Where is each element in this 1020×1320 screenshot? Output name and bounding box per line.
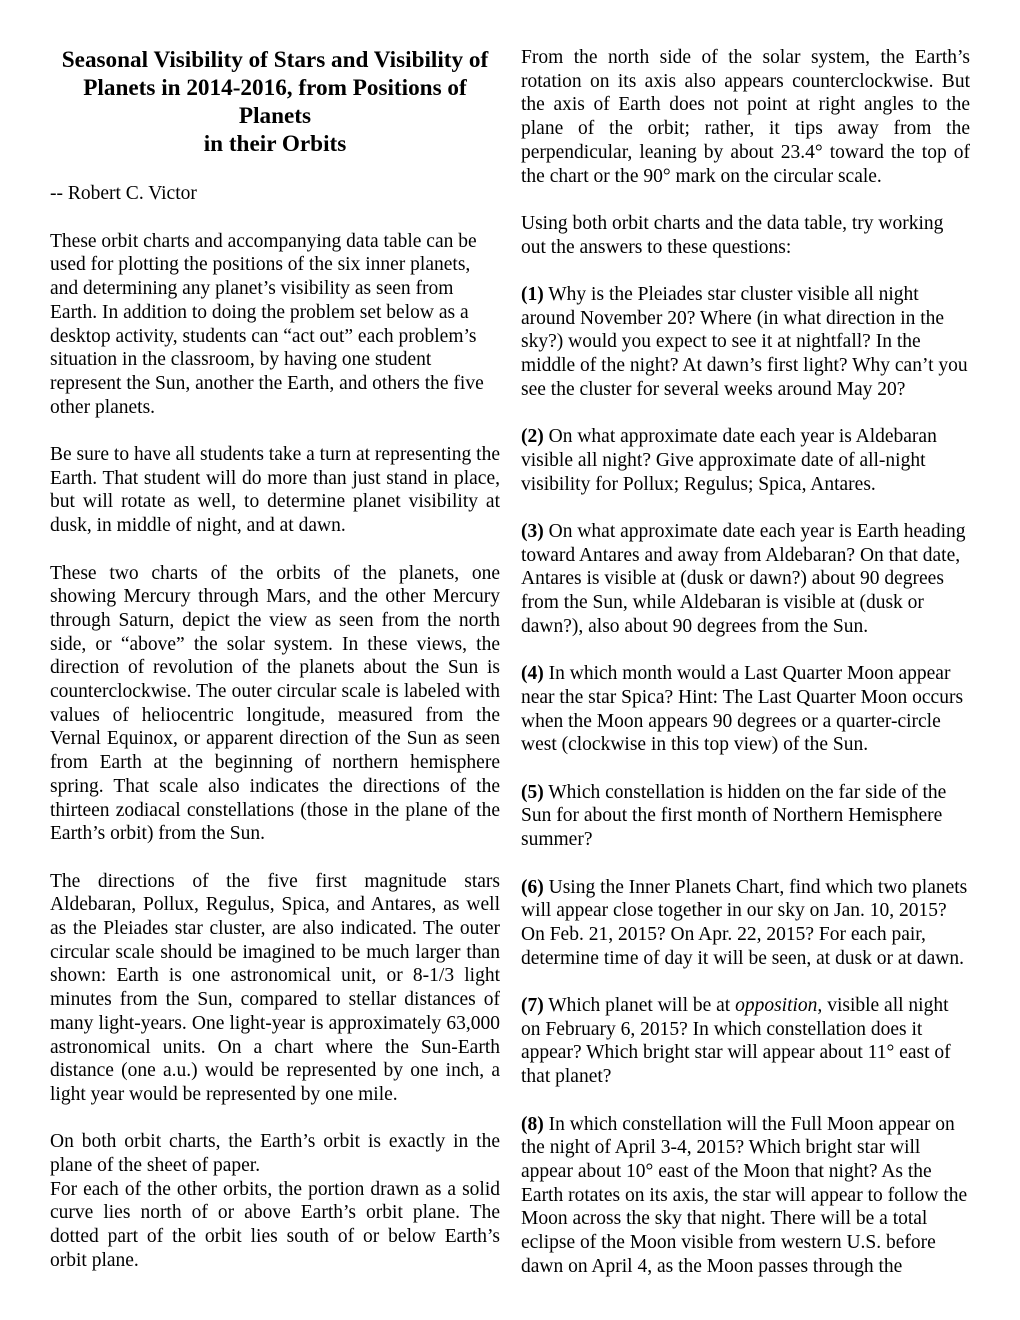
question-4-text: In which month would a Last Quarter Moon… <box>521 663 963 755</box>
question-5-text: Which constellation is hidden on the far… <box>521 782 946 850</box>
question-4-number: (4) <box>521 663 544 684</box>
body-paragraph-charts: These two charts of the orbits of the pl… <box>50 562 500 846</box>
question-8: (8) In which constellation will the Full… <box>521 1113 970 1279</box>
question-3-number: (3) <box>521 521 544 542</box>
right-column: From the north side of the solar system,… <box>521 46 970 1320</box>
question-3-text: On what approximate date each year is Ea… <box>521 521 966 637</box>
question-2-number: (2) <box>521 426 544 447</box>
body-paragraph-orbit-plane: On both orbit charts, the Earth’s orbit … <box>50 1130 500 1177</box>
byline: -- Robert C. Victor <box>50 182 500 206</box>
question-7-italic-word: opposition, <box>735 995 822 1016</box>
questions-lead-in: Using both orbit charts and the data tab… <box>521 212 970 259</box>
question-1-number: (1) <box>521 284 544 305</box>
body-paragraph-intro: These orbit charts and accompanying data… <box>50 230 500 420</box>
question-6: (6) Using the Inner Planets Chart, find … <box>521 876 970 971</box>
body-paragraph-stars: The directions of the five first magnitu… <box>50 870 500 1107</box>
question-1-text: Why is the Pleiades star cluster visible… <box>521 284 968 400</box>
page-title-line-3: in their Orbits <box>50 130 500 158</box>
body-paragraph-students: Be sure to have all students take a turn… <box>50 443 500 538</box>
question-6-number: (6) <box>521 877 544 898</box>
question-2-text: On what approximate date each year is Al… <box>521 426 937 494</box>
question-6-text: Using the Inner Planets Chart, find whic… <box>521 877 967 969</box>
question-7: (7) Which planet will be at opposition, … <box>521 994 970 1089</box>
question-7-number: (7) <box>521 995 544 1016</box>
question-1: (1) Why is the Pleiades star cluster vis… <box>521 283 970 402</box>
left-column: Seasonal Visibility of Stars and Visibil… <box>50 46 500 1320</box>
body-paragraph-solid-dotted: For each of the other orbits, the portio… <box>50 1178 500 1273</box>
page-title-line-1: Seasonal Visibility of Stars and Visibil… <box>50 46 500 74</box>
question-3: (3) On what approximate date each year i… <box>521 520 970 639</box>
question-8-number: (8) <box>521 1114 544 1135</box>
page-title-line-2: Planets in 2014-2016, from Positions of … <box>50 74 500 130</box>
body-paragraph-earth-rotation: From the north side of the solar system,… <box>521 46 970 188</box>
document-page: Seasonal Visibility of Stars and Visibil… <box>0 0 1020 1320</box>
question-4: (4) In which month would a Last Quarter … <box>521 662 970 757</box>
question-2: (2) On what approximate date each year i… <box>521 425 970 496</box>
question-8-text: In which constellation will the Full Moo… <box>521 1114 967 1277</box>
page-title: Seasonal Visibility of Stars and Visibil… <box>50 46 500 158</box>
question-5-number: (5) <box>521 782 544 803</box>
question-5: (5) Which constellation is hidden on the… <box>521 781 970 852</box>
question-7-text-pre: Which planet will be at <box>548 995 735 1016</box>
